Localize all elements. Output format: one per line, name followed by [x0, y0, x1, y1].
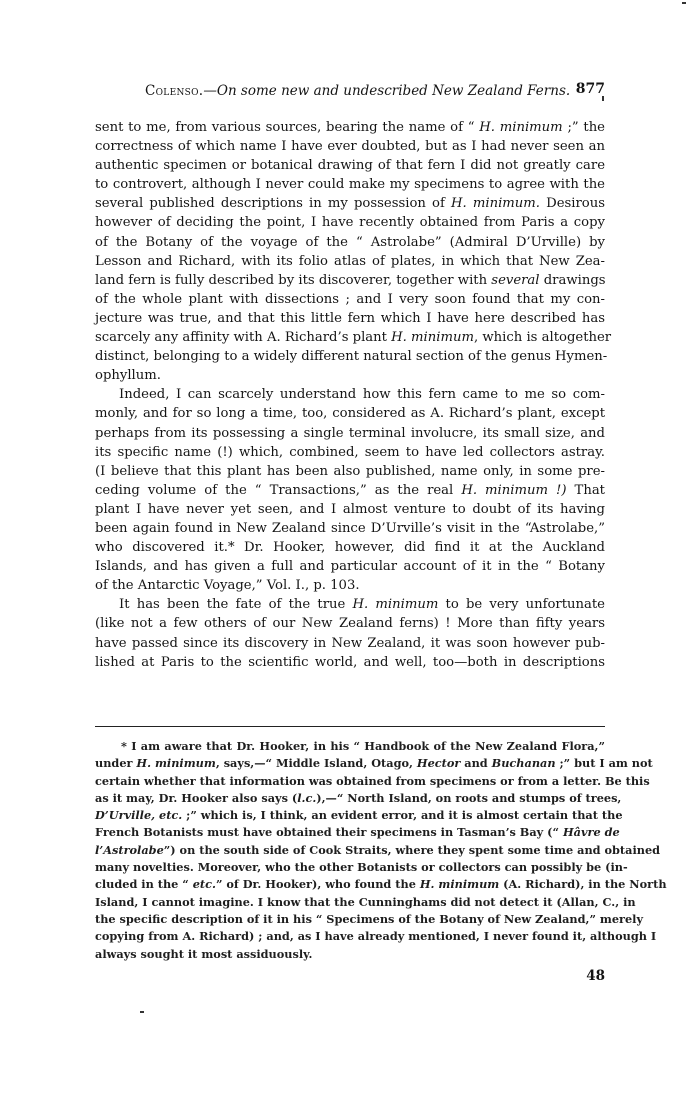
text: Islands, and has given a full and partic… [95, 559, 605, 574]
italic-text: H. minimum [136, 756, 215, 770]
italic-text: H. minimum !) [461, 483, 566, 498]
text: ophyllum. [95, 368, 161, 383]
footnote-line: l’Astrolabe”) on the south side of Cook … [95, 842, 605, 859]
body-line: Indeed, I can scarcely understand how th… [95, 385, 605, 404]
italic-text: H. minimum [420, 877, 499, 891]
running-head-title: Colenso.—On some new and undescribed New… [145, 83, 570, 99]
text: jecture was true, and that this little f… [95, 311, 605, 326]
body-line: jecture was true, and that this little f… [95, 309, 605, 328]
text: * I am aware that Dr. Hooker, in his “ H… [121, 739, 605, 753]
signature-mark: 48 [586, 968, 605, 984]
text: ;” which is, I think, an evident error, … [182, 808, 622, 822]
author-name: Colenso. [145, 83, 203, 99]
text: (A. Richard), in the North [499, 877, 666, 891]
body-text: sent to me, from various sources, bearin… [95, 118, 605, 672]
article-title: —On some new and undescribed New Zealand… [203, 83, 570, 99]
body-line: perhaps from its possessing a single ter… [95, 424, 605, 443]
text: Desirous [540, 196, 605, 211]
body-line: of the whole plant with dissections ; an… [95, 290, 605, 309]
italic-text: H. minimum [479, 120, 562, 135]
text: ),—“ North Island, on roots and stumps o… [316, 791, 621, 805]
body-line: who discovered it.* Dr. Hooker, however,… [95, 538, 605, 557]
text: correctness of which name I have ever do… [95, 139, 605, 154]
text: authentic specimen or botanical drawing … [95, 158, 605, 173]
text: lished at Paris to the scientific world,… [95, 655, 605, 670]
scan-speck [682, 2, 686, 4]
body-line: of the Antarctic Voyage,” Vol. I., p. 10… [95, 576, 605, 595]
body-line: authentic specimen or botanical drawing … [95, 156, 605, 175]
text: as it may, Dr. Hooker also says ( [95, 791, 297, 805]
text: land fern is fully described by its disc… [95, 273, 491, 288]
body-line: correctness of which name I have ever do… [95, 137, 605, 156]
italic-text: H. minimum [391, 330, 474, 345]
body-line: monly, and for so long a time, too, cons… [95, 404, 605, 423]
body-line: Islands, and has given a full and partic… [95, 557, 605, 576]
text: of the Botany of the voyage of the “ Ast… [95, 235, 605, 250]
text: perhaps from its possessing a single ter… [95, 426, 605, 441]
text: (I believe that this plant has been also… [95, 464, 605, 479]
text: under [95, 756, 136, 770]
body-line: its specific name (!) which, combined, s… [95, 443, 605, 462]
text: distinct, belonging to a widely differen… [95, 349, 607, 364]
text: French Botanists must have obtained thei… [95, 825, 563, 839]
text: been again found in New Zealand since D’… [95, 521, 605, 536]
scan-speck [140, 1011, 144, 1013]
body-line: (I believe that this plant has been also… [95, 462, 605, 481]
text: plant I have never yet seen, and I almos… [95, 502, 605, 517]
page-number: 877 [576, 81, 605, 97]
body-line: lished at Paris to the scientific world,… [95, 653, 605, 672]
body-line: (like not a few others of our New Zealan… [95, 614, 605, 633]
text: It has been the fate of the true [119, 597, 353, 612]
footnote-line: certain whether that information was obt… [95, 773, 605, 790]
italic-text: etc. [193, 877, 216, 891]
text: and [460, 756, 491, 770]
footnote-line: copying from A. Richard) ; and, as I hav… [95, 928, 605, 945]
text: Island, I cannot imagine. I know that th… [95, 895, 636, 909]
italic-text: Buchanan [492, 756, 556, 770]
body-line: plant I have never yet seen, and I almos… [95, 500, 605, 519]
body-line: ceding volume of the “ Transactions,” as… [95, 481, 605, 500]
text: its specific name (!) which, combined, s… [95, 445, 605, 460]
text: Lesson and Richard, with its folio atlas… [95, 254, 605, 269]
text: ceding volume of the “ Transactions,” as… [95, 483, 461, 498]
body-line: It has been the fate of the true H. mini… [95, 595, 605, 614]
text: who discovered it.* Dr. Hooker, however,… [95, 540, 605, 555]
body-line: scarcely any affinity with A. Richard’s … [95, 328, 605, 347]
text: ”) on the south side of Cook Straits, wh… [164, 843, 660, 857]
text: to controvert, although I never could ma… [95, 177, 605, 192]
footnote-rule [95, 726, 605, 727]
footnote-line: Island, I cannot imagine. I know that th… [95, 894, 605, 911]
text: cluded in the “ [95, 877, 193, 891]
text: Indeed, I can scarcely understand how th… [119, 387, 605, 402]
text: scarcely any affinity with A. Richard’s … [95, 330, 391, 345]
body-line: to controvert, although I never could ma… [95, 175, 605, 194]
italic-text: Hâvre de [563, 825, 620, 839]
italic-text: l.c. [297, 791, 316, 805]
italic-text: H. minimum [353, 597, 439, 612]
running-head: Colenso.—On some new and undescribed New… [95, 83, 605, 103]
text: ” of Dr. Hooker), who found the [216, 877, 420, 891]
body-line: sent to me, from various sources, bearin… [95, 118, 605, 137]
body-line: been again found in New Zealand since D’… [95, 519, 605, 538]
body-line: Lesson and Richard, with its folio atlas… [95, 252, 605, 271]
text: always sought it most assiduously. [95, 947, 312, 961]
footnote-line: many novelties. Moreover, who the other … [95, 859, 605, 876]
footnote-line: always sought it most assiduously. [95, 946, 605, 963]
body-line: ophyllum. [95, 366, 605, 385]
italic-text: D’Urville, etc. [95, 808, 182, 822]
body-line: have passed since its discovery in New Z… [95, 634, 605, 653]
text: monly, and for so long a time, too, cons… [95, 406, 605, 421]
text: certain whether that information was obt… [95, 774, 650, 788]
text: several published descriptions in my pos… [95, 196, 451, 211]
body-line: however of deciding the point, I have re… [95, 213, 605, 232]
body-line: land fern is fully described by its disc… [95, 271, 605, 290]
footnote: * I am aware that Dr. Hooker, in his “ H… [95, 738, 605, 963]
footnote-line: under H. minimum, says,—“ Middle Island,… [95, 755, 605, 772]
text: many novelties. Moreover, who the other … [95, 860, 628, 874]
text: however of deciding the point, I have re… [95, 215, 605, 230]
text: , which is altogether [474, 330, 611, 345]
text: ;” the [563, 120, 605, 135]
body-line: distinct, belonging to a widely differen… [95, 347, 605, 366]
footnote-line: French Botanists must have obtained thei… [95, 824, 605, 841]
text: sent to me, from various sources, bearin… [95, 120, 479, 135]
text: That [566, 483, 605, 498]
italic-text: several [491, 273, 539, 288]
text: of the Antarctic Voyage,” Vol. I., p. 10… [95, 578, 360, 593]
footnote-line: as it may, Dr. Hooker also says (l.c.),—… [95, 790, 605, 807]
body-line: of the Botany of the voyage of the “ Ast… [95, 233, 605, 252]
text: copying from A. Richard) ; and, as I hav… [95, 929, 656, 943]
text: ;” but I am not [556, 756, 653, 770]
footnote-line: the specific description of it in his “ … [95, 911, 605, 928]
footnote-line: cluded in the “ etc.” of Dr. Hooker), wh… [95, 876, 605, 893]
text: the specific description of it in his “ … [95, 912, 643, 926]
text: have passed since its discovery in New Z… [95, 636, 605, 651]
footnote-line: D’Urville, etc. ;” which is, I think, an… [95, 807, 605, 824]
text: of the whole plant with dissections ; an… [95, 292, 605, 307]
body-line: several published descriptions in my pos… [95, 194, 605, 213]
text: to be very unfortunate [438, 597, 605, 612]
text: (like not a few others of our New Zealan… [95, 616, 605, 631]
italic-text: H. minimum. [451, 196, 540, 211]
italic-text: Hector [417, 756, 460, 770]
text: , says,—“ Middle Island, Otago, [216, 756, 417, 770]
scan-speck [602, 96, 604, 101]
footnote-line: * I am aware that Dr. Hooker, in his “ H… [95, 738, 605, 755]
italic-text: l’Astrolabe [95, 843, 164, 857]
text: drawings [540, 273, 606, 288]
